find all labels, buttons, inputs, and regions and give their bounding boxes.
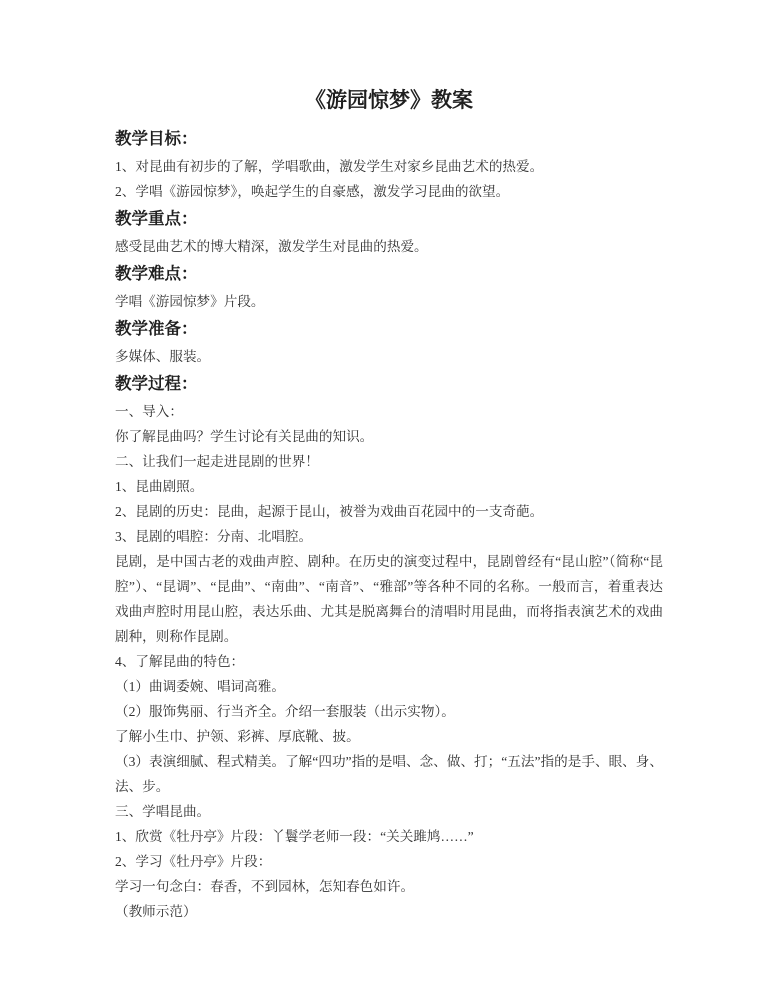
- paragraph: 多媒体、服装。: [115, 344, 663, 369]
- section-heading-difficulties: 教学难点：: [115, 259, 663, 289]
- paragraph: 2、学习《牡丹亭》片段：: [115, 849, 663, 874]
- doc-title: 《游园惊梦》教案: [115, 84, 663, 116]
- paragraph: 1、对昆曲有初步的了解，学唱歌曲，激发学生对家乡昆曲艺术的热爱。: [115, 154, 663, 179]
- paragraph: 学唱《游园惊梦》片段。: [115, 289, 663, 314]
- paragraph: 1、欣赏《牡丹亭》片段：丫鬟学老师一段：“关关雎鸠……”: [115, 824, 663, 849]
- section-heading-process: 教学过程：: [115, 369, 663, 399]
- paragraph: 感受昆曲艺术的博大精深，激发学生对昆曲的热爱。: [115, 234, 663, 259]
- paragraph: 了解小生巾、护领、彩裤、厚底靴、披。: [115, 724, 663, 749]
- paragraph: 你了解昆曲吗？学生讨论有关昆曲的知识。: [115, 424, 663, 449]
- paragraph: 三、学唱昆曲。: [115, 799, 663, 824]
- paragraph: （2）服饰隽丽、行当齐全。介绍一套服装（出示实物）。: [115, 699, 663, 724]
- paragraph: （1）曲调委婉、唱词高雅。: [115, 674, 663, 699]
- document-page: 《游园惊梦》教案 教学目标： 1、对昆曲有初步的了解，学唱歌曲，激发学生对家乡昆…: [0, 0, 770, 1000]
- section-heading-objectives: 教学目标：: [115, 124, 663, 154]
- paragraph: 学习一句念白：春香，不到园林，怎知春色如许。: [115, 874, 663, 899]
- paragraph: （3）表演细腻、程式精美。了解“四功”指的是唱、念、做、打；“五法”指的是手、眼…: [115, 749, 663, 799]
- paragraph: 二、让我们一起走进昆剧的世界！: [115, 449, 663, 474]
- section-heading-preparation: 教学准备：: [115, 314, 663, 344]
- paragraph: 2、昆剧的历史：昆曲，起源于昆山，被誉为戏曲百花园中的一支奇葩。: [115, 499, 663, 524]
- paragraph: 4、了解昆曲的特色：: [115, 649, 663, 674]
- paragraph: 2、学唱《游园惊梦》，唤起学生的自豪感，激发学习昆曲的欲望。: [115, 179, 663, 204]
- paragraph: 1、昆曲剧照。: [115, 474, 663, 499]
- paragraph: 3、昆剧的唱腔：分南、北唱腔。: [115, 524, 663, 549]
- paragraph: 昆剧，是中国古老的戏曲声腔、剧种。在历史的演变过程中，昆剧曾经有“昆山腔”（简称…: [115, 549, 663, 649]
- paragraph: （教师示范）: [115, 899, 663, 924]
- paragraph: 一、导入：: [115, 399, 663, 424]
- section-heading-key-points: 教学重点：: [115, 204, 663, 234]
